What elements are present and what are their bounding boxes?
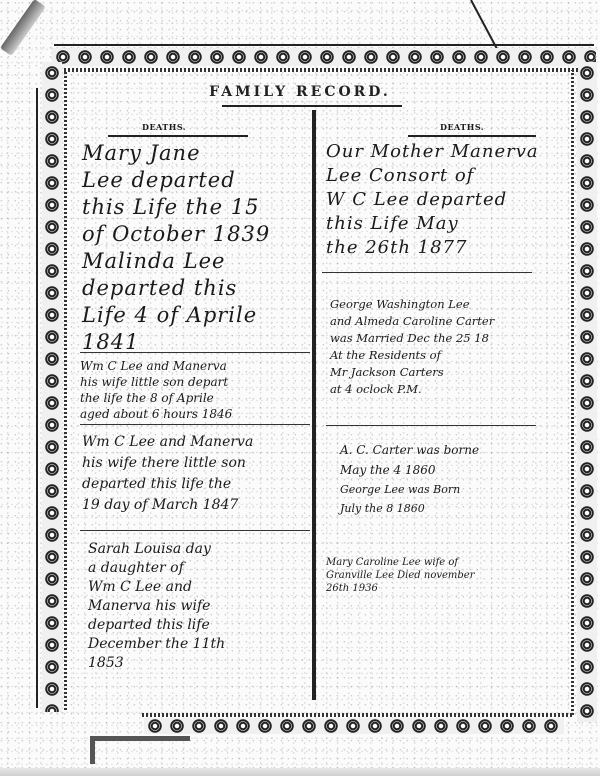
death-entry-manerva: Our Mother Manerva Lee Consort of W C Le… xyxy=(326,140,558,260)
inner-border-right xyxy=(571,70,574,715)
entry-separator xyxy=(80,530,310,531)
inner-border-bottom xyxy=(142,713,572,717)
birth-entry-ac-carter: A. C. Carter was borne May the 4 1860 xyxy=(340,440,570,480)
entry-separator xyxy=(80,424,310,425)
entry-separator xyxy=(326,425,536,426)
entry-separator xyxy=(322,272,532,273)
frame-outer-line xyxy=(36,88,38,708)
death-entry-mary-jane: Mary Jane Lee departed this Life the 15 … xyxy=(82,140,270,248)
top-rule xyxy=(54,44,594,46)
marriage-entry-george-almeda: George Washington Lee and Almeda Carolin… xyxy=(330,296,570,398)
binder-clip xyxy=(90,736,190,764)
left-column-heading: DEATHS. xyxy=(142,122,186,132)
ornament-border-right xyxy=(577,62,597,722)
ornament-border-top xyxy=(52,48,596,66)
column-divider xyxy=(312,110,316,700)
death-entry-sarah-louisa: Sarah Louisa day a daughter of Wm C Lee … xyxy=(88,540,308,673)
inner-border-left xyxy=(64,70,67,710)
right-heading-rule xyxy=(408,135,536,137)
pencil-edge xyxy=(0,0,46,56)
birth-entry-george-lee: George Lee was Born July the 8 1860 xyxy=(340,480,570,518)
ornament-border-left xyxy=(42,62,62,712)
scan-bottom-edge xyxy=(0,768,600,776)
death-entry-son-1847: Wm C Lee and Manerva his wife there litt… xyxy=(82,432,314,516)
death-entry-son-1846: Wm C Lee and Manerva his wife little son… xyxy=(80,358,312,422)
right-column-heading: DEATHS. xyxy=(440,122,484,132)
death-entry-malinda: Malinda Lee departed this Life 4 of Apri… xyxy=(82,248,312,356)
inner-border-top xyxy=(64,68,578,72)
entry-separator xyxy=(80,352,310,353)
death-entry-mary-caroline: Mary Caroline Lee wife of Granville Lee … xyxy=(326,556,576,595)
ornament-border-bottom xyxy=(144,718,564,734)
title-rule xyxy=(222,105,402,107)
left-heading-rule xyxy=(108,135,248,137)
page-title: FAMILY RECORD. xyxy=(0,84,600,100)
